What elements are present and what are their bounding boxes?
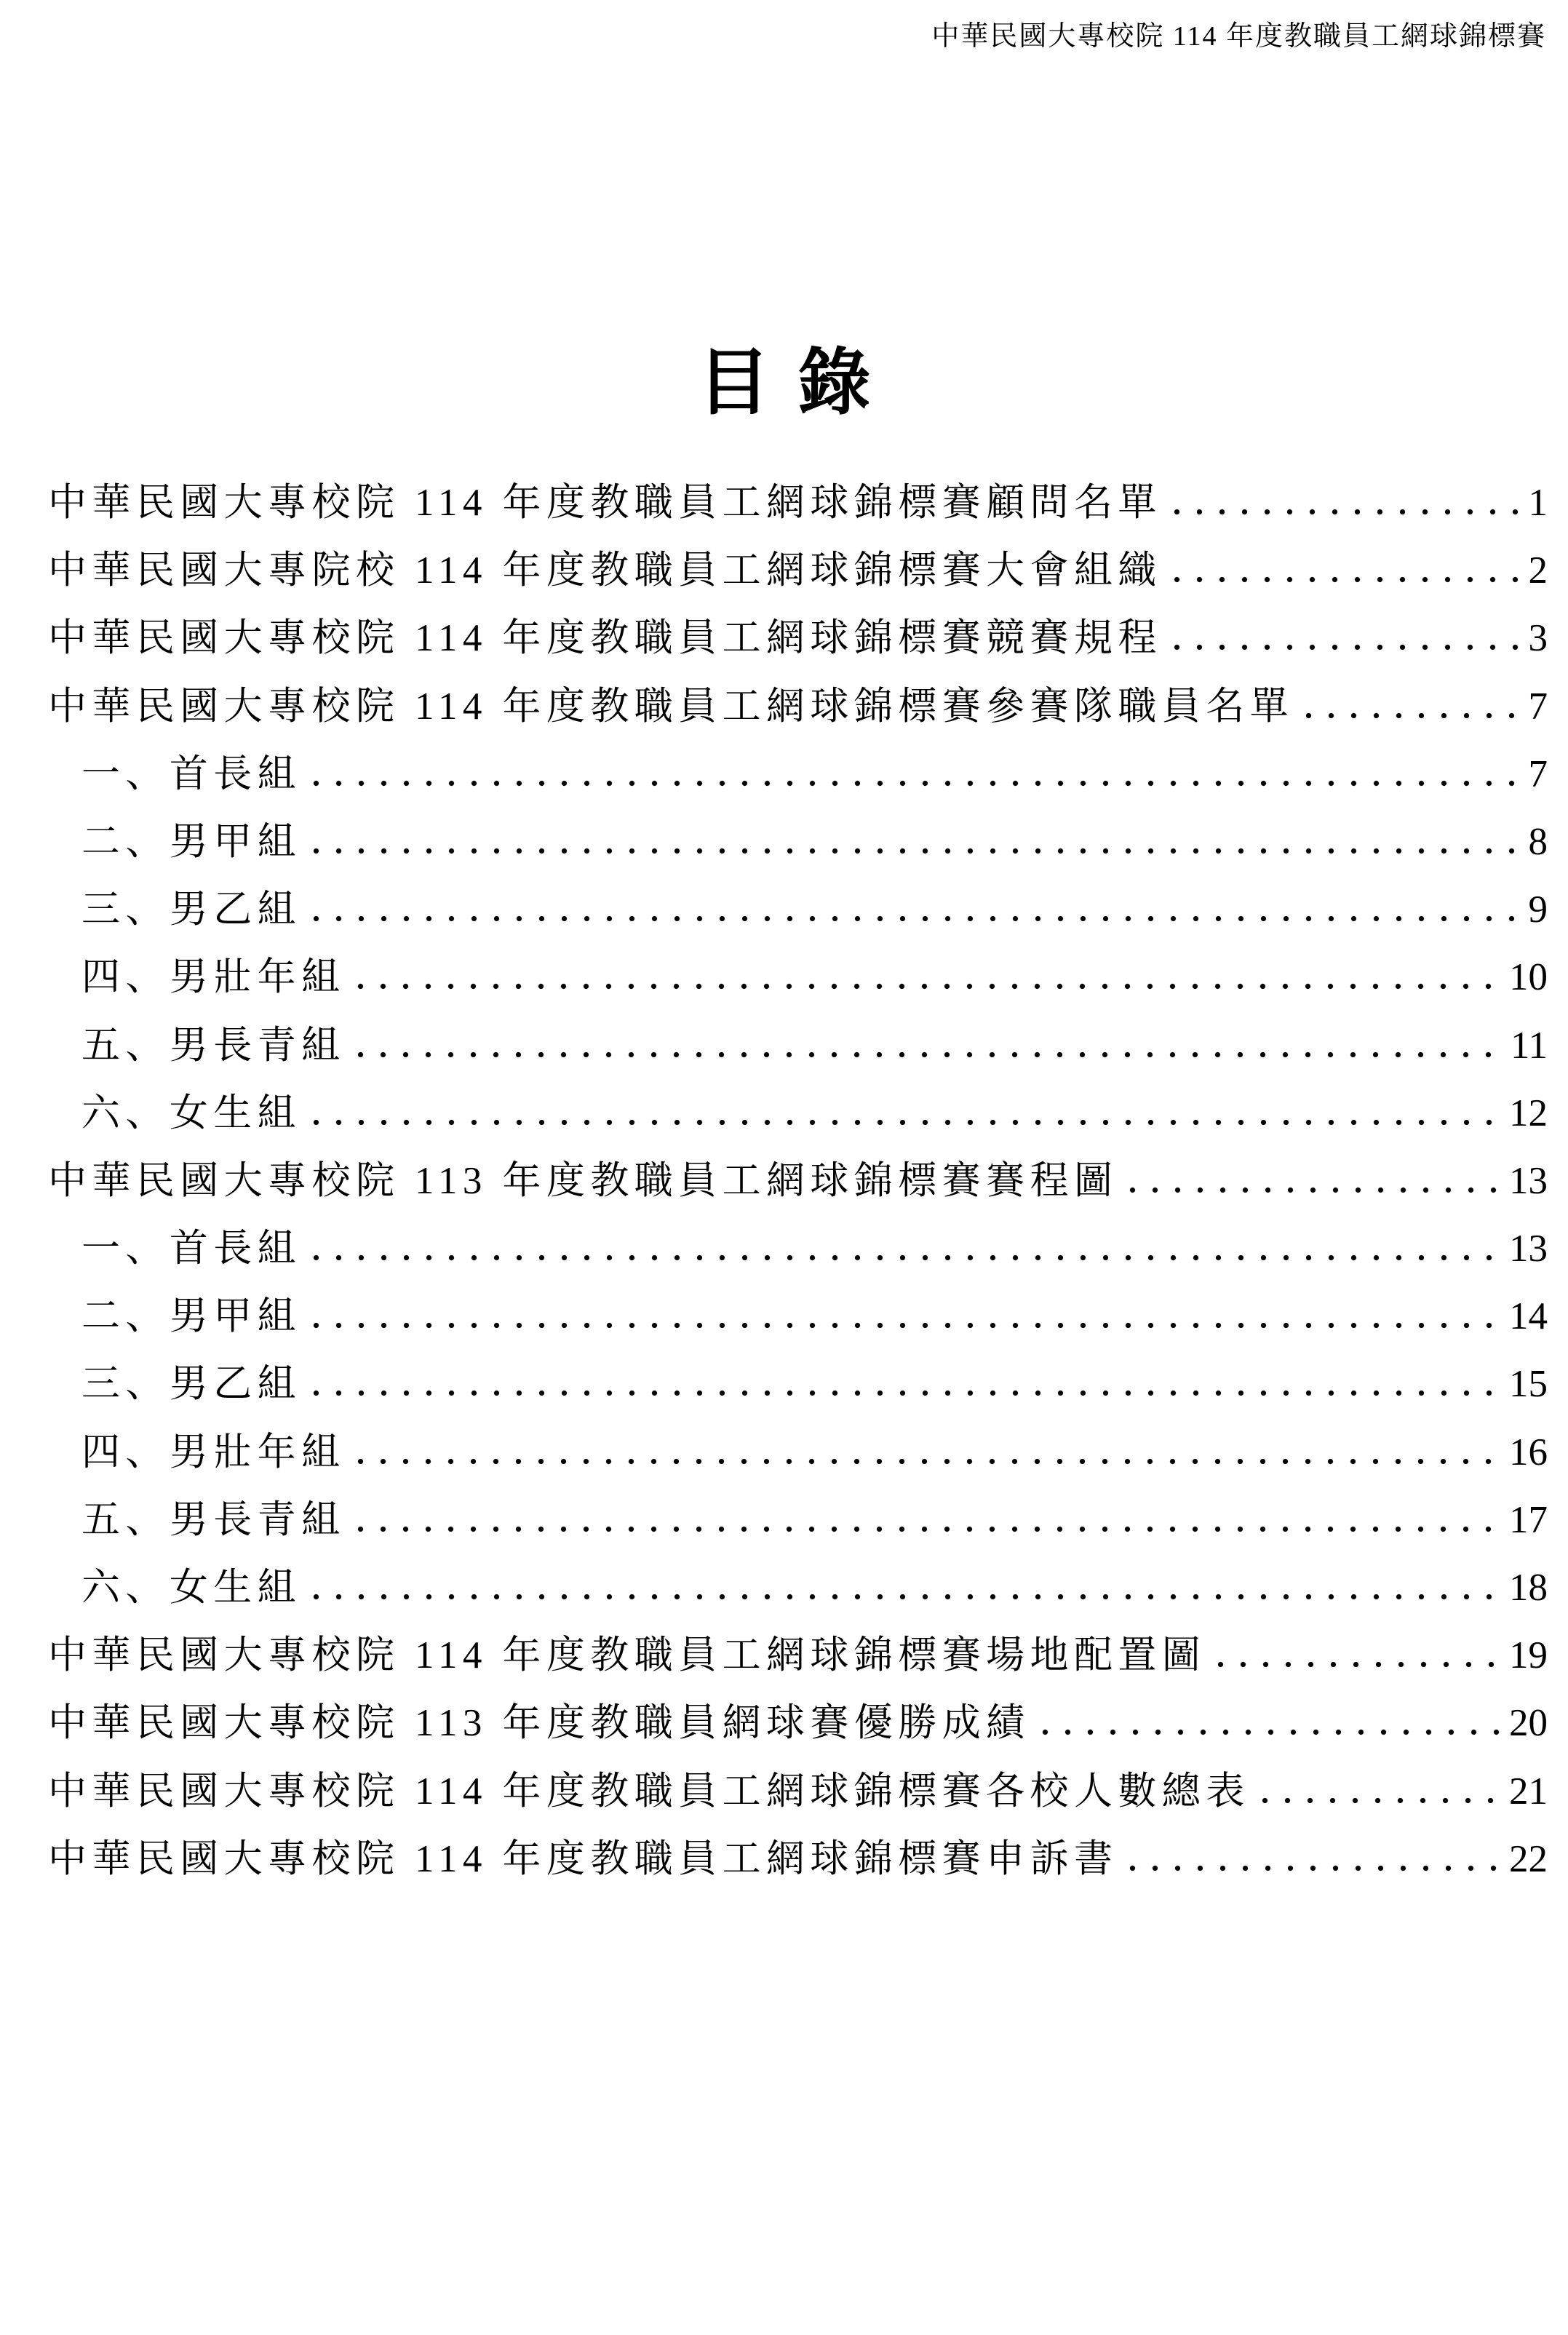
toc-entry: 六、女生組 12 [48,1082,1548,1150]
running-header: 中華民國大專校院 114 年度教職員工網球錦標賽 [931,13,1546,53]
toc-entry: 中華民國大專校院 113 年度教職員網球賽優勝成績 20 [48,1692,1548,1759]
toc-dot-leader [313,1390,1506,1396]
toc-entry-label: 五、男長青組 [81,1014,346,1070]
toc-entry-label: 一、首長組 [81,1217,301,1273]
toc-entry: 四、男壯年組 16 [48,1421,1548,1489]
toc-entry-label: 中華民國大專校院 113 年度教職員網球賽優勝成績 [48,1692,1030,1747]
toc-entry-label: 三、男乙組 [81,878,301,934]
toc-entry-page: 17 [1509,1498,1548,1542]
toc-entry: 六、女生組 18 [48,1556,1548,1624]
toc-entry-label: 三、男乙組 [81,1353,301,1408]
toc-dot-leader [1174,576,1526,583]
toc-entry: 中華民國大專校院 114 年度教職員工網球錦標賽場地配置圖 19 [48,1624,1548,1692]
toc-entry-page: 3 [1529,616,1548,660]
toc-dot-leader [357,1458,1506,1465]
toc-entry-page: 13 [1509,1159,1548,1203]
toc-entry-label: 中華民國大專校院 113 年度教職員工網球錦標賽賽程圖 [48,1150,1118,1205]
toc-dot-leader [1305,712,1525,719]
toc-dot-leader [1129,1187,1506,1193]
toc-dot-leader [1174,644,1526,651]
toc-dot-leader [357,1051,1508,1058]
toc-entry: 五、男長青組 11 [48,1014,1548,1082]
toc-entry: 中華民國大專校院 114 年度教職員工網球錦標賽競賽規程 3 [48,607,1548,675]
toc-dot-leader [1042,1729,1506,1735]
toc-entry-page: 21 [1509,1770,1548,1813]
toc-entry-label: 四、男壯年組 [81,946,346,1001]
toc-entry-label: 二、男甲組 [81,811,301,866]
toc-entry: 一、首長組 7 [48,743,1548,811]
toc-entry-label: 二、男甲組 [81,1285,301,1340]
toc-dot-leader [1129,1865,1506,1871]
toc-entry-page: 1 [1529,481,1548,525]
toc-entry-page: 20 [1509,1701,1548,1745]
toc-entry-label: 四、男壯年組 [81,1421,346,1476]
toc-entry-page: 11 [1511,1024,1548,1067]
toc-entry: 二、男甲組 14 [48,1285,1548,1353]
toc-entry-page: 9 [1529,888,1548,931]
toc-entry-label: 五、男長青組 [81,1489,346,1544]
toc-dot-leader [313,1254,1506,1261]
toc-entry-label: 六、女生組 [81,1556,301,1612]
toc-dot-leader [313,1119,1506,1126]
toc-entry: 二、男甲組 8 [48,811,1548,878]
toc-entry: 中華民國大專校院 113 年度教職員工網球錦標賽賽程圖 13 [48,1150,1548,1217]
page-title: 目錄 [0,324,1568,429]
toc-entry-page: 22 [1509,1837,1548,1881]
toc-entry: 中華民國大專校院 114 年度教職員工網球錦標賽顧問名單 1 [48,472,1548,539]
toc-entry-label: 中華民國大專校院 114 年度教職員工網球錦標賽各校人數總表 [48,1760,1250,1815]
toc-entry-page: 19 [1509,1634,1548,1677]
toc-entry: 中華民國大專院校 114 年度教職員工網球錦標賽大會組織 2 [48,539,1548,607]
document-page: 中華民國大專校院 114 年度教職員工網球錦標賽 目錄 中華民國大專校院 114… [0,0,1568,2335]
toc-dot-leader [357,1526,1506,1532]
toc-entry-label: 中華民國大專校院 114 年度教職員工網球錦標賽申訴書 [48,1828,1118,1883]
toc-entry-label: 中華民國大專校院 114 年度教職員工網球錦標賽競賽規程 [48,607,1162,662]
toc-dot-leader [313,780,1525,787]
toc-entry-page: 7 [1529,685,1548,728]
toc-entry: 三、男乙組 9 [48,878,1548,946]
toc-entry-label: 中華民國大專院校 114 年度教職員工網球錦標賽大會組織 [48,539,1162,594]
toc-entry: 四、男壯年組 10 [48,946,1548,1014]
toc-entry-page: 10 [1509,955,1548,999]
toc-entry-label: 中華民國大專校院 114 年度教職員工網球錦標賽顧問名單 [48,472,1162,527]
toc-entry: 五、男長青組 17 [48,1489,1548,1556]
toc-dot-leader [1174,509,1526,515]
toc-entry-page: 7 [1529,752,1548,796]
toc-entry-label: 中華民國大專校院 114 年度教職員工網球錦標賽場地配置圖 [48,1624,1206,1679]
toc-entry-page: 14 [1509,1294,1548,1338]
toc-dot-leader [1217,1661,1506,1668]
toc-dot-leader [313,1322,1506,1329]
toc-entry-page: 8 [1529,820,1548,864]
table-of-contents: 中華民國大專校院 114 年度教職員工網球錦標賽顧問名單 1 中華民國大專院校 … [48,472,1548,1896]
toc-dot-leader [1262,1797,1506,1804]
toc-entry-page: 18 [1509,1566,1548,1610]
toc-entry: 中華民國大專校院 114 年度教職員工網球錦標賽參賽隊職員名單 7 [48,675,1548,743]
toc-dot-leader [313,915,1525,922]
toc-dot-leader [313,848,1525,854]
toc-entry-page: 15 [1509,1362,1548,1406]
toc-entry-label: 六、女生組 [81,1082,301,1137]
toc-entry: 一、首長組 13 [48,1217,1548,1285]
toc-entry: 中華民國大專校院 114 年度教職員工網球錦標賽各校人數總表 21 [48,1760,1548,1828]
toc-entry-page: 13 [1509,1227,1548,1270]
toc-dot-leader [357,983,1506,990]
toc-entry-page: 16 [1509,1431,1548,1474]
toc-entry: 中華民國大專校院 114 年度教職員工網球錦標賽申訴書 22 [48,1828,1548,1896]
toc-entry: 三、男乙組 15 [48,1353,1548,1420]
toc-entry-page: 12 [1509,1091,1548,1135]
toc-entry-label: 中華民國大專校院 114 年度教職員工網球錦標賽參賽隊職員名單 [48,675,1294,731]
toc-dot-leader [313,1594,1506,1600]
toc-entry-page: 2 [1529,549,1548,592]
toc-entry-label: 一、首長組 [81,743,301,798]
